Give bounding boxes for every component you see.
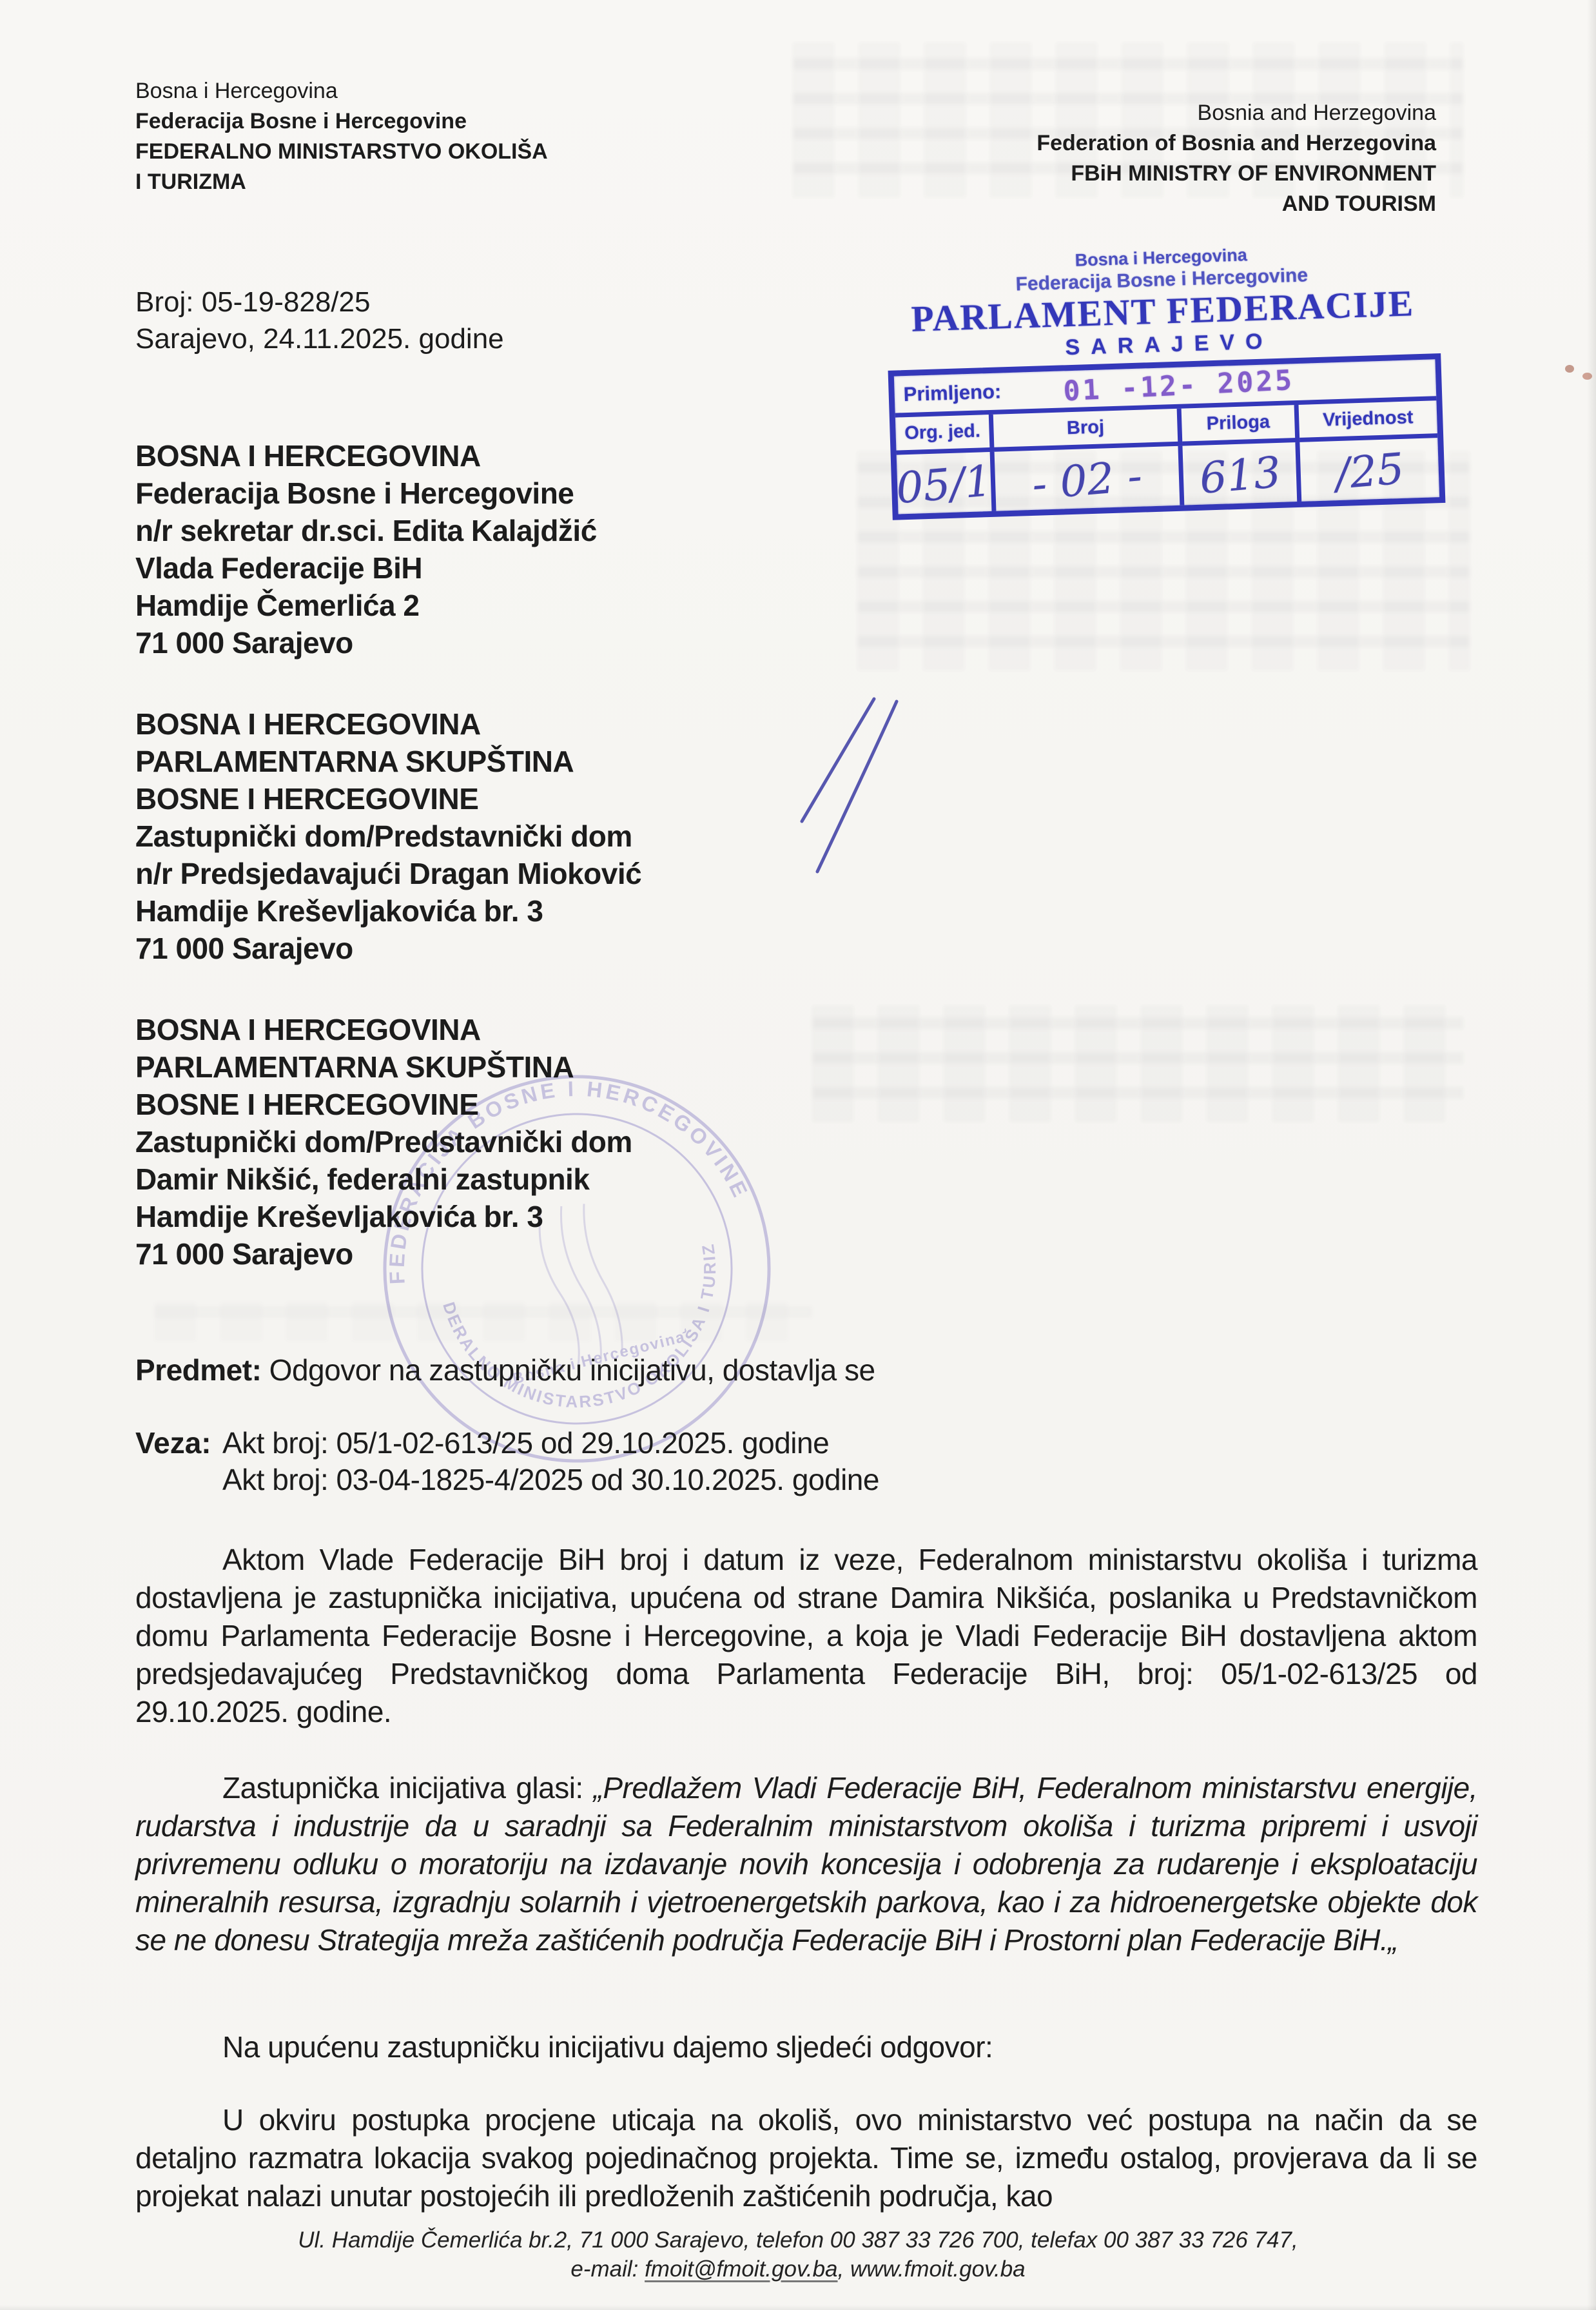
scan-edge-shadow xyxy=(1587,0,1596,2310)
recipient-line: 71 000 Sarajevo xyxy=(135,930,641,967)
letterhead-line: Bosnia and Herzegovina xyxy=(1036,98,1436,128)
column-header: Priloga xyxy=(1182,405,1300,446)
body-paragraph-4: U okviru postupka procjene uticaja na ok… xyxy=(135,2101,1477,2215)
stamp-table: Primljeno: 01 -12- 2025 Org. jed. Broj P… xyxy=(888,353,1446,520)
footer-address-line: Ul. Hamdije Čemerlića br.2, 71 000 Saraj… xyxy=(0,2226,1596,2255)
recipient-line: Zastupnički dom/Predstavnički dom xyxy=(135,817,641,855)
handwritten-number: - 02 - xyxy=(1030,451,1143,509)
date-received-stamp: 01 -12- 2025 xyxy=(1063,364,1296,407)
recipient-line: n/r Predsjedavajući Dragan Mioković xyxy=(135,855,641,892)
letterhead-english: Bosnia and Herzegovina Federation of Bos… xyxy=(1036,98,1436,219)
recipient-line: 71 000 Sarajevo xyxy=(135,624,597,661)
subject-text: Odgovor na zastupničku inicijativu, dost… xyxy=(261,1353,875,1387)
letterhead-line: Federation of Bosnia and Herzegovina xyxy=(1036,128,1436,159)
document-number: Broj: 05-19-828/25 xyxy=(135,284,504,320)
subject-label: Predmet: xyxy=(135,1353,261,1387)
handwritten-attachments: 613 xyxy=(1198,447,1283,503)
reference-link-line: Akt broj: 05/1-02-613/25 od 29.10.2025. … xyxy=(222,1425,879,1462)
subject-line: Predmet: Odgovor na zastupničku inicijat… xyxy=(135,1351,875,1389)
scan-edge-shadow xyxy=(0,2305,1596,2310)
letterhead-line: Federacija Bosne i Hercegovine xyxy=(135,106,548,137)
recipient-line: Vlada Federacije BiH xyxy=(135,549,597,587)
letterhead-bosnian: Bosna i Hercegovina Federacija Bosne i H… xyxy=(135,76,548,197)
recipient-line: BOSNE I HERCEGOVINE xyxy=(135,780,641,817)
body-paragraph-1: Aktom Vlade Federacije BiH broj i datum … xyxy=(135,1541,1477,1731)
recipient-block-parliament-chair: BOSNA I HERCEGOVINA PARLAMENTARNA SKUPŠT… xyxy=(135,705,641,967)
column-header: Vrijednost xyxy=(1299,400,1438,442)
recipient-line: Hamdije Kreševljakovića br. 3 xyxy=(135,892,641,930)
scanned-letter-page: Bosna i Hercegovina Federacija Bosne i H… xyxy=(0,0,1596,2310)
recipient-line: Federacija Bosne i Hercegovine xyxy=(135,475,597,512)
body-paragraph-3: Na upućenu zastupničku inicijativu dajem… xyxy=(135,2028,1477,2066)
letterhead-line: AND TOURISM xyxy=(1036,189,1436,219)
received-label: Primljeno: xyxy=(894,378,1064,406)
reference-links: Akt broj: 05/1-02-613/25 od 29.10.2025. … xyxy=(222,1425,879,1498)
column-header: Broj xyxy=(993,409,1183,452)
bleed-through-texture xyxy=(812,1006,1463,1122)
receipt-stamp: Bosna i Hercegovina Federacija Bosne i H… xyxy=(884,239,1445,520)
handwritten-org-unit: 05/1 xyxy=(895,456,994,513)
footer-website: , www.fmoit.gov.ba xyxy=(838,2256,1026,2282)
recipient-block-government: BOSNA I HERCEGOVINA Federacija Bosne i H… xyxy=(135,437,597,661)
recipient-line: BOSNA I HERCEGOVINA xyxy=(135,705,641,743)
handwritten-tick-mark xyxy=(777,681,926,887)
reference-block: Broj: 05-19-828/25 Sarajevo, 24.11.2025.… xyxy=(135,284,504,357)
reference-link-line: Akt broj: 03-04-1825-4/2025 od 30.10.202… xyxy=(222,1462,879,1498)
recipient-line: BOSNA I HERCEGOVINA xyxy=(135,1011,632,1048)
email-label: e-mail: xyxy=(570,2256,645,2282)
letterhead-line: FEDERALNO MINISTARSTVO OKOLIŠA xyxy=(135,137,548,167)
email-address: fmoit@fmoit.gov.ba xyxy=(645,2256,837,2282)
footer-email-line: e-mail: fmoit@fmoit.gov.ba, www.fmoit.go… xyxy=(0,2255,1596,2284)
recipient-line: PARLAMENTARNA SKUPŠTINA xyxy=(135,743,641,780)
paper-speck xyxy=(1565,365,1574,373)
footer-contact-block: Ul. Hamdije Čemerlića br.2, 71 000 Saraj… xyxy=(0,2226,1596,2284)
recipient-line: Hamdije Čemerlića 2 xyxy=(135,587,597,624)
recipient-line: BOSNA I HERCEGOVINA xyxy=(135,437,597,475)
letterhead-line: I TURIZMA xyxy=(135,167,548,197)
place-and-date: Sarajevo, 24.11.2025. godine xyxy=(135,320,504,357)
quote-lead-in: Zastupnička inicijativa glasi: xyxy=(222,1771,594,1805)
letterhead-line: FBiH MINISTRY OF ENVIRONMENT xyxy=(1036,159,1436,189)
column-header: Org. jed. xyxy=(895,415,995,455)
handwritten-value: /25 xyxy=(1334,444,1406,499)
reference-links-label: Veza: xyxy=(135,1425,211,1462)
body-paragraph-2: Zastupnička inicijativa glasi: „Predlaže… xyxy=(135,1769,1477,1959)
letterhead-line: Bosna i Hercegovina xyxy=(135,76,548,106)
recipient-line: n/r sekretar dr.sci. Edita Kalajdžić xyxy=(135,512,597,549)
